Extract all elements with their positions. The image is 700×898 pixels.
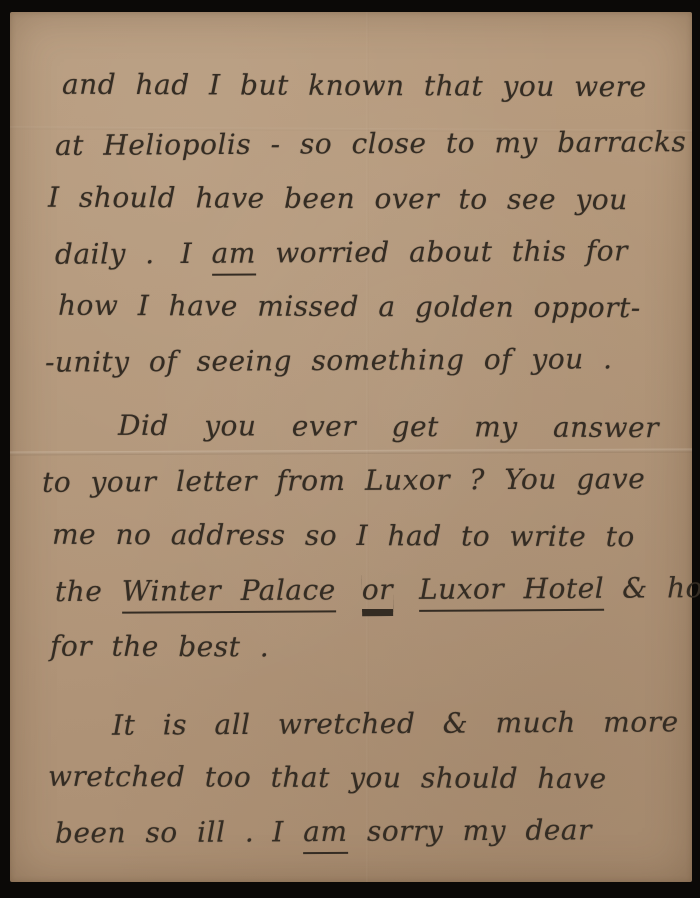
handwriting-line-6: -unity of seeing something of you . (45, 341, 613, 379)
handwriting-line-7: Did you ever get my answer (118, 408, 659, 445)
handwriting-line-1: and had I but known that you were (62, 67, 647, 105)
paper-fold-crease (10, 449, 692, 456)
handwriting-line-13: wretched too that you should have (48, 759, 607, 796)
underlined-word: am (303, 814, 347, 854)
handwriting-text: I should have been over to see you (48, 181, 628, 217)
handwriting-text: -unity of seeing something of you . (45, 342, 613, 378)
handwriting-text: how I have missed a golden opport- (58, 289, 641, 325)
handwriting-text: I (181, 237, 212, 270)
underlined-word-luxor-hotel: Luxor Hotel (419, 571, 604, 612)
handwriting-line-12: It is all wretched & much more (112, 704, 679, 742)
handwriting-line-4: daily .I am worried about this for (55, 233, 628, 276)
handwriting-text: wretched too that you should have (48, 760, 607, 795)
handwriting-text: I (272, 815, 303, 848)
double-underlined-word-or: or (362, 572, 393, 609)
handwriting-text: me no address so I had to write to (52, 518, 635, 554)
handwriting-line-8: to your letter from Luxor ? You gave (42, 461, 645, 500)
scan-background: and had I but known that you were at Hel… (0, 0, 700, 898)
handwriting-line-9: me no address so I had to write to (52, 517, 635, 555)
handwriting-text: the (55, 575, 122, 608)
handwriting-text: sorry my dear (347, 813, 592, 847)
handwriting-text: It is all wretched & much more (112, 705, 679, 741)
handwriting-line-11: for the best . (50, 629, 269, 665)
handwriting-line-3: I should have been over to see you (48, 180, 628, 218)
handwriting-text: and had I but known that you were (62, 68, 647, 104)
handwriting-text: to your letter from Luxor ? You gave (42, 462, 645, 499)
handwriting-text: daily . (55, 237, 155, 271)
handwriting-text: Did you ever get my answer (118, 409, 659, 444)
handwriting-text: for the best . (50, 630, 269, 664)
letter-page: and had I but known that you were at Hel… (10, 12, 692, 882)
underlined-word-winter-palace: Winter Palace (122, 572, 336, 613)
handwriting-text: worried about this for (256, 234, 628, 269)
handwriting-line-2: at Heliopolis - so close to my barracks … (55, 124, 700, 163)
underlined-word: am (212, 236, 256, 276)
handwriting-line-5: how I have missed a golden opport- (58, 288, 641, 326)
handwriting-line-10: the Winter PalaceorLuxor Hotel& hope (55, 570, 700, 614)
handwriting-line-14: been so ill .I am sorry my dear (55, 812, 592, 855)
handwriting-text: been so ill . (55, 815, 254, 849)
handwriting-text: & hope (622, 571, 700, 605)
handwriting-text: at Heliopolis - so close to my barracks … (55, 125, 700, 162)
